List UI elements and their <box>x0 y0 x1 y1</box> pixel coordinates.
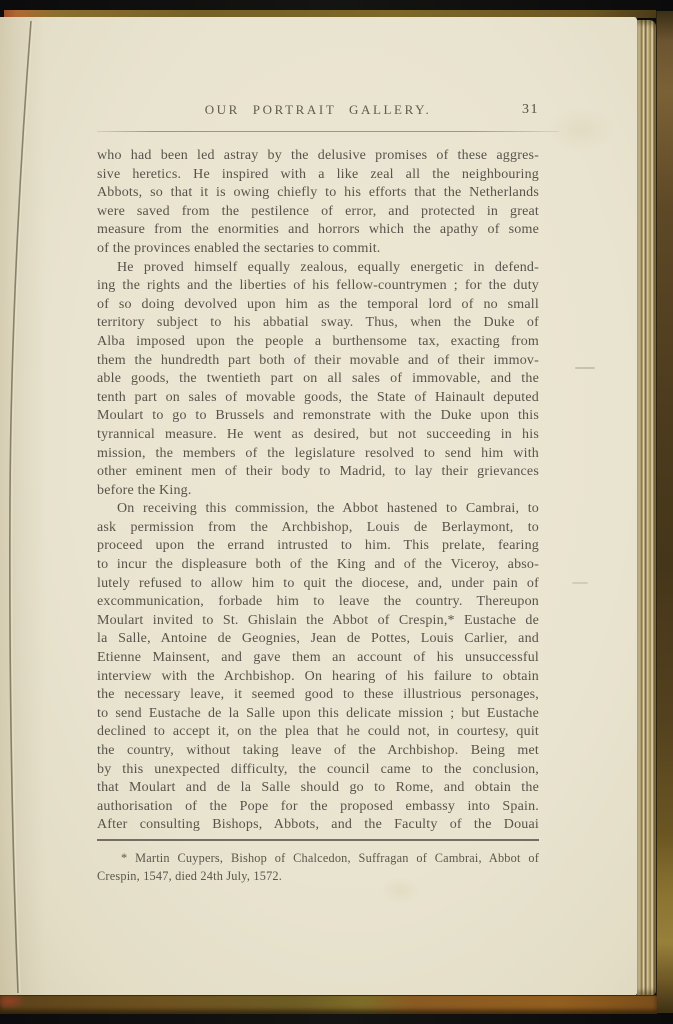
text-line: After consulting Bishops, Abbots, and th… <box>97 816 539 835</box>
text-line: sive heretics. He inspired with a like z… <box>97 166 539 185</box>
header-rule <box>97 131 559 132</box>
paragraph: He proved himself equally zealous, equal… <box>97 259 539 501</box>
binding-thread-mark <box>0 993 26 1009</box>
text-line: authorisation of the Pope for the propos… <box>97 798 539 817</box>
running-header-title: OUR PORTRAIT GALLERY. <box>97 102 539 118</box>
text-line: tenth part on sales of movable goods, th… <box>97 389 539 408</box>
text-line: of the provinces enabled the sectaries t… <box>97 240 539 259</box>
text-line: to incur the displeasure both of the Kin… <box>97 556 539 575</box>
text-line: Etienne Mainsent, and gave them an accou… <box>97 649 539 668</box>
running-header: OUR PORTRAIT GALLERY. 31 <box>97 102 539 122</box>
text-line: la Salle, Antoine de Geognies, Jean de P… <box>97 630 539 649</box>
text-line: able goods, the twentieth part on all sa… <box>97 370 539 389</box>
book-cover-edge <box>656 11 673 1013</box>
text-line: were saved from the pestilence of error,… <box>97 203 539 222</box>
text-line: other eminent men of their body to Madri… <box>97 463 539 482</box>
footnote-line: Crespin, 1547, died 24th July, 1572. <box>97 867 539 885</box>
text-line: them the hundredth part both of their mo… <box>97 352 539 371</box>
text-line: ing the rights and the liberties of his … <box>97 277 539 296</box>
text-line: interview with the Archbishop. On hearin… <box>97 668 539 687</box>
scan-artifact-dash <box>572 582 588 584</box>
footnote: * Martin Cuypers, Bishop of Chalcedon, S… <box>97 849 539 885</box>
text-line: ask permission from the Archbishop, Loui… <box>97 519 539 538</box>
text-line: Moulart invited to St. Ghislain the Abbo… <box>97 612 539 631</box>
text-line: tyrannical measure. He went as desired, … <box>97 426 539 445</box>
text-line: lutely refused to allow him to quit the … <box>97 575 539 594</box>
scan-artifact-dash <box>575 367 595 369</box>
text-line: declined to accept it, on the plea that … <box>97 723 539 742</box>
text-line: territory subject to his abbatial sway. … <box>97 314 539 333</box>
text-line: that Moulart and de la Salle should go t… <box>97 779 539 798</box>
text-line: proceed upon the errand intrusted to him… <box>97 537 539 556</box>
body-text: who had been led astray by the delusive … <box>97 147 539 835</box>
text-line: On receiving this commission, the Abbot … <box>97 500 539 519</box>
text-line: mission, the members of the legislature … <box>97 445 539 464</box>
paper-stain <box>545 107 615 153</box>
book-bottom-edge <box>0 995 657 1014</box>
text-line: the necessary leave, it seemed good to t… <box>97 686 539 705</box>
paragraph: On receiving this commission, the Abbot … <box>97 500 539 835</box>
text-line: He proved himself equally zealous, equal… <box>97 259 539 278</box>
footnote-line: * Martin Cuypers, Bishop of Chalcedon, S… <box>97 849 539 867</box>
footnote-rule <box>97 839 539 841</box>
text-line: measure from the enormities and horrors … <box>97 221 539 240</box>
text-line: who had been led astray by the delusive … <box>97 147 539 166</box>
text-line: the country, without taking leave of the… <box>97 742 539 761</box>
text-line: of so doing devolved upon him as the tem… <box>97 296 539 315</box>
text-line: to send Eustache de la Salle upon this d… <box>97 705 539 724</box>
text-line: Moulart to go to Brussels and remonstrat… <box>97 407 539 426</box>
text-line: by this unexpected difficulty, the counc… <box>97 761 539 780</box>
book-page: OUR PORTRAIT GALLERY. 31 who had been le… <box>0 17 637 995</box>
page-number: 31 <box>522 102 539 118</box>
text-line: Alba imposed upon the people a burthenso… <box>97 333 539 352</box>
text-line: excommunication, forbade him to leave th… <box>97 593 539 612</box>
paragraph: who had been led astray by the delusive … <box>97 147 539 259</box>
paragraph: * Martin Cuypers, Bishop of Chalcedon, S… <box>97 849 539 885</box>
text-line: Abbots, so that it is owing chiefly to h… <box>97 184 539 203</box>
gilt-page-edges <box>637 20 656 995</box>
text-line: before the King. <box>97 482 539 501</box>
